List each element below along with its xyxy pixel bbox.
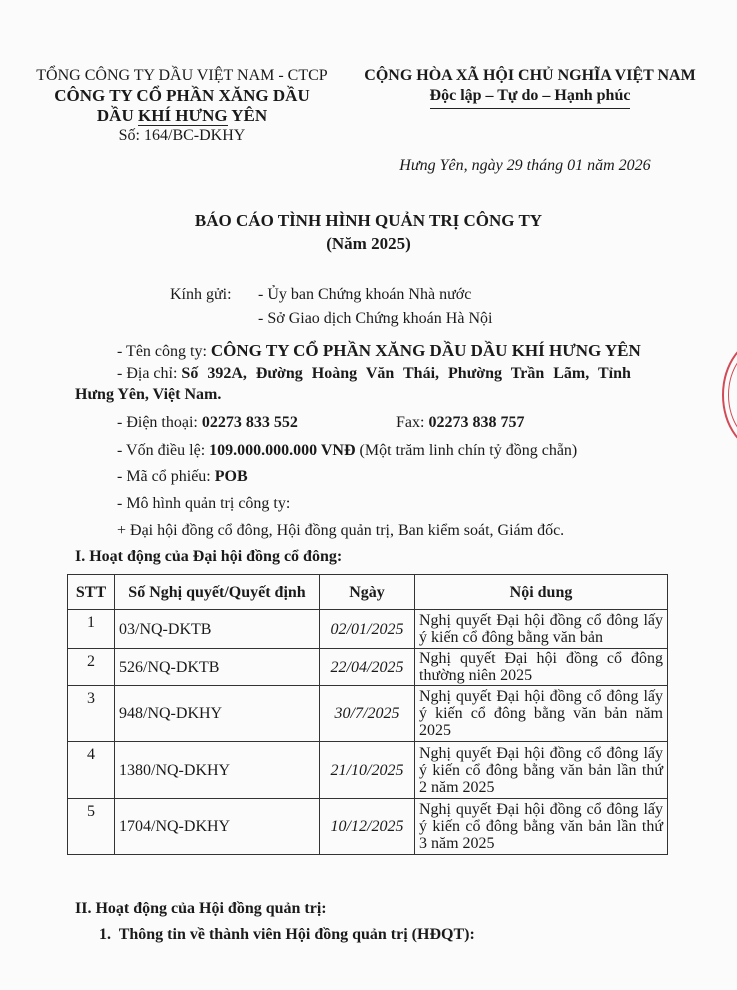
report-title-year: (Năm 2025) <box>0 232 737 255</box>
table-row: 3948/NQ-DKHY30/7/2025Nghị quyết Đại hội … <box>68 686 668 742</box>
recipients-label: Kính gửi: <box>170 285 232 305</box>
section-2-heading: II. Hoạt động của Hội đồng quản trị: <box>75 899 327 919</box>
column-header: Số Nghị quyết/Quyết định <box>115 575 320 610</box>
recipient-item: - Sở Giao dịch Chứng khoán Hà Nội <box>258 309 492 329</box>
company-name-line2: DẦU KHÍ HƯNG YÊN <box>22 106 342 126</box>
resolution-content-cell: Nghị quyết Đại hội đồng cổ đông lấy ý ki… <box>415 686 668 742</box>
resolution-number-cell: 03/NQ-DKTB <box>115 610 320 649</box>
resolution-date-cell: 21/10/2025 <box>320 742 415 799</box>
resolution-number-cell: 1380/NQ-DKHY <box>115 742 320 799</box>
resolution-number-cell: 1704/NQ-DKHY <box>115 799 320 855</box>
resolution-content-cell: Nghị quyết Đại hội đồng cổ đông lấy ý ki… <box>415 610 668 649</box>
fax-value: 02273 838 757 <box>428 414 524 431</box>
national-motto: Độc lập – Tự do – Hạnh phúc <box>430 86 631 109</box>
report-title-main: BÁO CÁO TÌNH HÌNH QUẢN TRỊ CÔNG TY <box>0 209 737 232</box>
section-2-subheading: 1. Thông tin về thành viên Hội đồng quản… <box>99 925 475 945</box>
stt-cell: 3 <box>68 686 115 742</box>
stt-cell: 4 <box>68 742 115 799</box>
phone-row: - Điện thoại: 02273 833 552 <box>117 413 298 433</box>
nation-title: CỘNG HÒA XÃ HỘI CHỦ NGHĨA VIỆT NAM <box>335 66 725 86</box>
column-header: Nội dung <box>415 575 668 610</box>
column-header: Ngày <box>320 575 415 610</box>
section-1-heading: I. Hoạt động của Đại hội đồng cổ đông: <box>75 547 342 567</box>
table-row: 103/NQ-DKTB02/01/2025Nghị quyết Đại hội … <box>68 610 668 649</box>
resolution-number-cell: 948/NQ-DKHY <box>115 686 320 742</box>
recipient-item: - Ủy ban Chứng khoán Nhà nước <box>258 285 471 305</box>
ticker-row: - Mã cổ phiếu: POB <box>117 467 248 487</box>
company-name-value: CÔNG TY CỔ PHẦN XĂNG DẦU DẦU KHÍ HƯNG YÊ… <box>211 341 641 360</box>
column-header: STT <box>68 575 115 610</box>
address-value-cont: Hưng Yên, Việt Nam. <box>75 385 221 405</box>
fax-row: Fax: 02273 838 757 <box>396 413 524 433</box>
address-row: - Địa chỉ: Số 392A, Đường Hoàng Văn Thái… <box>117 364 657 384</box>
table-row: 2526/NQ-DKTB22/04/2025Nghị quyết Đại hội… <box>68 649 668 686</box>
charter-capital-value: 109.000.000.000 VNĐ <box>209 442 355 459</box>
resolution-number-cell: 526/NQ-DKTB <box>115 649 320 686</box>
phone-value: 02273 833 552 <box>202 414 298 431</box>
resolution-content-cell: Nghị quyết Đại hội đồng cổ đông lấy ý ki… <box>415 742 668 799</box>
table-header-row: STT Số Nghị quyết/Quyết định Ngày Nội du… <box>68 575 668 610</box>
company-name-row: - Tên công ty: CÔNG TY CỔ PHẦN XĂNG DẦU … <box>117 341 641 362</box>
resolution-date-cell: 02/01/2025 <box>320 610 415 649</box>
shareholder-resolutions-table: STT Số Nghị quyết/Quyết định Ngày Nội du… <box>67 574 668 855</box>
ticker-value: POB <box>215 468 248 485</box>
place-date: Hưng Yên, ngày 29 tháng 01 năm 2026 <box>330 157 720 175</box>
document-number: Số: 164/BC-DKHY <box>22 126 342 146</box>
table-row: 41380/NQ-DKHY21/10/2025Nghị quyết Đại hộ… <box>68 742 668 799</box>
resolution-date-cell: 30/7/2025 <box>320 686 415 742</box>
stt-cell: 5 <box>68 799 115 855</box>
national-heading: CỘNG HÒA XÃ HỘI CHỦ NGHĨA VIỆT NAM Độc l… <box>335 66 725 109</box>
resolution-date-cell: 10/12/2025 <box>320 799 415 855</box>
resolution-date-cell: 22/04/2025 <box>320 649 415 686</box>
resolution-content-cell: Nghị quyết Đại hội đồng cổ đông thường n… <box>415 649 668 686</box>
address-value: Số 392A, Đường Hoàng Văn Thái, Phường Tr… <box>181 365 630 382</box>
table-row: 51704/NQ-DKHY10/12/2025Nghị quyết Đại hộ… <box>68 799 668 855</box>
parent-organization: TỔNG CÔNG TY DẦU VIỆT NAM - CTCP <box>22 66 342 86</box>
stt-cell: 1 <box>68 610 115 649</box>
report-title: BÁO CÁO TÌNH HÌNH QUẢN TRỊ CÔNG TY (Năm … <box>0 209 737 255</box>
governance-model-label: - Mô hình quản trị công ty: <box>117 494 290 514</box>
company-name-line1: CÔNG TY CỔ PHẦN XĂNG DẦU <box>22 86 342 106</box>
charter-capital-row: - Vốn điều lệ: 109.000.000.000 VNĐ (Một … <box>117 441 577 461</box>
resolution-content-cell: Nghị quyết Đại hội đồng cổ đông lấy ý ki… <box>415 799 668 855</box>
stt-cell: 2 <box>68 649 115 686</box>
governance-model-value: + Đại hội đồng cổ đông, Hội đồng quản tr… <box>117 521 564 541</box>
issuer-block: TỔNG CÔNG TY DẦU VIỆT NAM - CTCP CÔNG TY… <box>22 66 342 146</box>
